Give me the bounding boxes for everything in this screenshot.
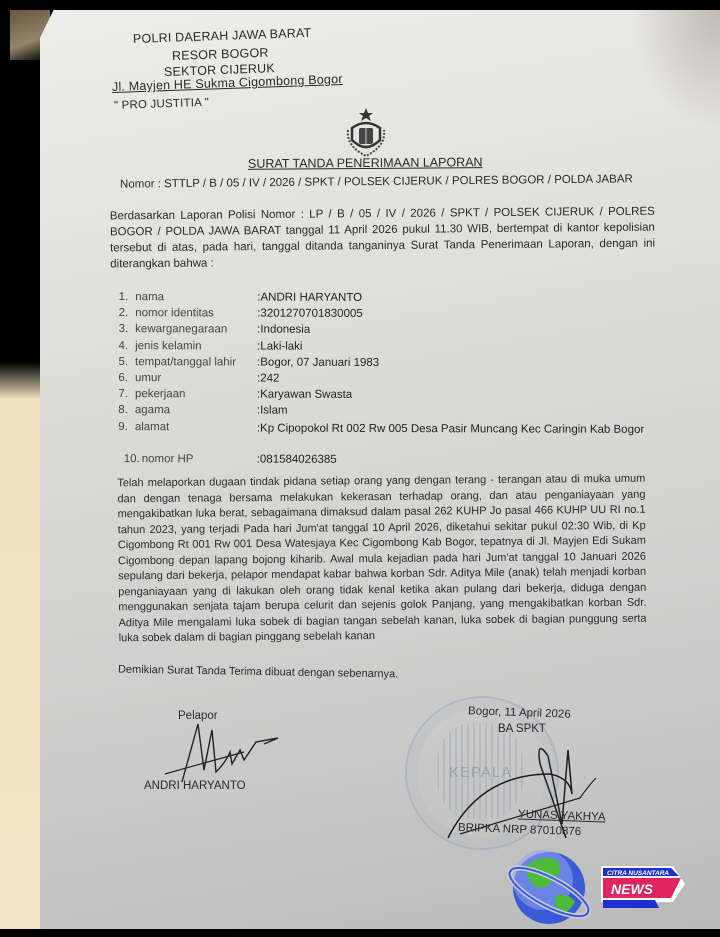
police-report-document: POLRI DAERAH JAWA BARAT RESOR BOGOR SEKT… (40, 10, 720, 929)
top-letterbox (0, 0, 720, 10)
reporter-name: ANDRI HARYANTO (144, 780, 246, 792)
closing-statement: Demikian Surat Tanda Terima dibuat denga… (118, 664, 398, 681)
document-number: Nomor : STTLP / B / 05 / IV / 2026 / SPK… (120, 173, 633, 190)
identity-value: :081584026385 (257, 453, 670, 471)
citra-nusantara-news-logo: CITRA NUSANTARA NEWS (505, 846, 690, 931)
identity-value: :Kp Cipopokol Rt 002 Rw 005 Desa Pasir M… (257, 421, 670, 454)
identity-value: :Karyawan Swasta (257, 389, 670, 407)
identity-value: :Bogor, 07 Januari 1983 (257, 356, 670, 374)
police-emblem-icon (344, 106, 388, 158)
identity-row: 1.nama:ANDRI HARYANTO (110, 291, 670, 309)
identity-row: 6.umur:242 (110, 372, 670, 390)
identity-number: 8. (110, 404, 128, 420)
logo-line-2: NEWS (611, 881, 654, 897)
identity-value: :Islam (257, 405, 670, 423)
pro-justitia: " PRO JUSTITIA " (114, 97, 209, 112)
identity-value: :Laki-laki (257, 340, 670, 358)
identity-number: 5. (110, 356, 128, 372)
identity-row: 8.agama:Islam (110, 404, 670, 422)
identity-value: :3201270701830005 (257, 308, 670, 326)
identity-row: 5.tempat/tanggal lahir:Bogor, 07 Januari… (110, 356, 670, 374)
document-title: SURAT TANDA PENERIMAAN LAPORAN (248, 155, 483, 171)
identity-label: kewarganegaraan (135, 323, 257, 340)
identity-value: :242 (257, 372, 670, 390)
identity-label: pekerjaan (135, 388, 257, 405)
identity-number: 4. (110, 340, 128, 356)
header-line-1: POLRI DAERAH JAWA BARAT (133, 26, 312, 46)
intro-paragraph: Berdasarkan Laporan Polisi Nomor : LP / … (110, 204, 656, 273)
reporter-role: Pelapor (178, 710, 218, 722)
header-line-2: RESOR BOGOR (172, 46, 269, 63)
logo-line-1: CITRA NUSANTARA (607, 870, 669, 877)
identity-label: alamat (135, 421, 257, 453)
identity-row: 3.kewarganegaraan:Indonesia (110, 323, 670, 341)
header-address: Jl. Mayjen HE Sukma Cigombong Bogor (112, 72, 343, 94)
identity-row: 7.pekerjaan:Karyawan Swasta (110, 388, 670, 406)
identity-label: agama (135, 404, 257, 421)
identity-number: 10. (110, 453, 140, 469)
report-paragraph: Telah melaporkan dugaan tindak pidana se… (117, 472, 646, 647)
identity-label: nomor HP (142, 453, 257, 470)
identity-number: 9. (110, 421, 128, 453)
identity-number: 2. (110, 307, 128, 323)
identity-value: :ANDRI HARYANTO (257, 292, 670, 310)
identity-number: 7. (110, 388, 128, 404)
identity-label: tempat/tanggal lahir (135, 356, 257, 373)
identity-row: 9.alamat:Kp Cipopokol Rt 002 Rw 005 Desa… (110, 421, 670, 455)
reporter-identity-list: 1.nama:ANDRI HARYANTO2.nomor identitas:3… (110, 291, 671, 471)
identity-value: :Indonesia (257, 324, 670, 342)
identity-label: nama (135, 291, 257, 308)
identity-label: nomor identitas (135, 307, 257, 324)
identity-row: 2.nomor identitas:3201270701830005 (110, 307, 670, 325)
identity-row: 10.nomor HP:081584026385 (110, 453, 670, 471)
reporter-signature (160, 722, 280, 784)
identity-number: 3. (110, 323, 128, 339)
identity-label: umur (135, 372, 257, 389)
identity-label: jenis kelamin (135, 340, 257, 357)
identity-number: 1. (110, 291, 128, 307)
bottom-letterbox (0, 929, 720, 937)
identity-number: 6. (110, 372, 128, 388)
identity-row: 4.jenis kelamin:Laki-laki (110, 340, 670, 358)
